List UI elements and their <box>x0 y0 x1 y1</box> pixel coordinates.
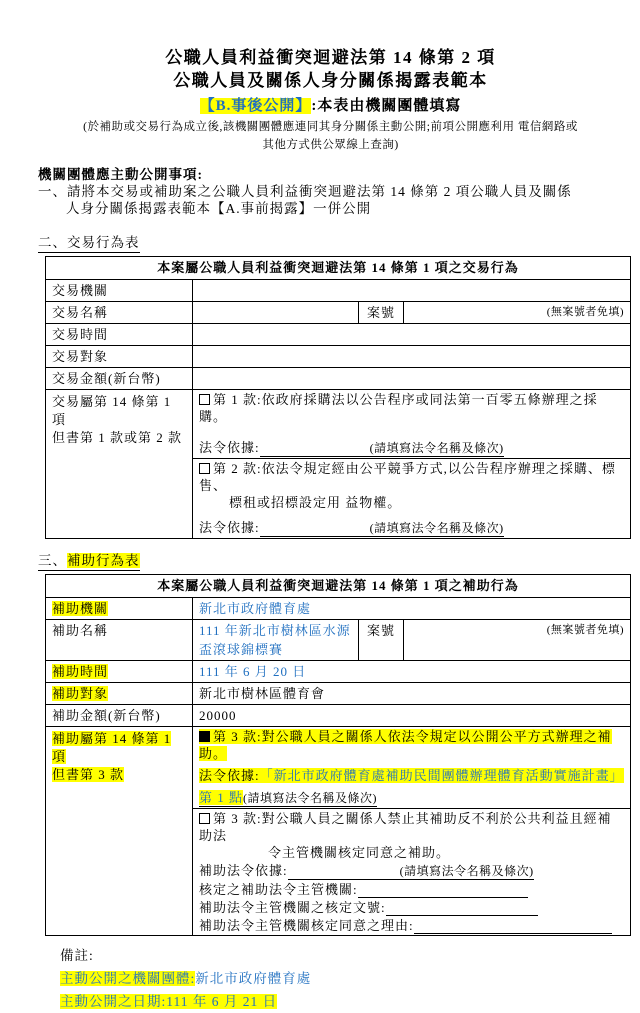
clause1-law-label: 法令依據: <box>199 440 260 455</box>
transaction-agency-label: 交易機關 <box>46 280 193 302</box>
instruction-item-1-cont: 人身分關係揭露表範本【A.事前揭露】一併公開 <box>38 200 623 217</box>
subsidy-amount-value: 20000 <box>193 705 631 727</box>
clause3-law-label: 法令依據: <box>199 768 260 783</box>
clause1-law-hint: (請填寫法令名稱及條次) <box>370 441 504 455</box>
blank-line <box>386 899 538 916</box>
subtitle-text: :本表由機關團體填寫 <box>311 98 461 114</box>
table-row: 補助名稱 111 年新北市樹林區水源盃滾球錦標賽 案號 (無案號者免填) <box>46 620 631 661</box>
table-row: 補助屬第 14 條第 1 項 但書第 3 款 第 3 款:對公職人員之關係人依法… <box>46 727 631 809</box>
transaction-time-value <box>193 324 631 346</box>
sub-law-hint: (請填寫法令名稱及條次) <box>400 864 534 878</box>
subsidy-clause3-unchecked-cell: 第 3 款:對公職人員之關係人禁止其補助反不利於公共利益且經補助法 令主管機關核… <box>193 809 631 936</box>
doc-title-line2: 公職人員及關係人身分關係揭露表範本 <box>38 69 623 92</box>
transaction-case-no-hint: (無案號者免填) <box>404 302 631 324</box>
blank-underline <box>358 881 528 894</box>
subsidy-clause3-checked-cell: 第 3 款:對公職人員之關係人依法令規定以公開公平方式辦理之補助。 法令依據:「… <box>193 727 631 809</box>
table-row: 交易屬第 14 條第 1 項 但書第 1 款或第 2 款 第 1 款:依政府採購… <box>46 390 631 459</box>
approval-reason-label: 補助法令主管機關核定同意之理由: <box>199 918 414 933</box>
table-row: 本案屬公職人員利益衝突迴避法第 14 條第 1 項之補助行為 <box>46 575 631 598</box>
transaction-clause2-cell: 第 2 款:依法令規定經由公平競爭方式,以公告程序辦理之採購、標售、 標租或招標… <box>193 459 631 539</box>
section2-marker: 二、 <box>38 235 67 250</box>
checkbox-unchecked-icon <box>199 813 210 824</box>
transaction-amount-label: 交易金額(新台幣) <box>46 368 193 390</box>
approval-doc-label: 補助法令主管機關之核定文號: <box>199 900 386 915</box>
section3-heading: 三、補助行為表 <box>38 552 623 571</box>
disclosure-date-value: 111 年 6 月 21 日 <box>166 994 277 1009</box>
item1-marker: 一、 <box>38 183 67 200</box>
footer-notes: 備註: 主動公開之機關團體:新北市政府體育處 主動公開之日期:111 年 6 月… <box>60 944 623 1013</box>
table-row: 補助機關 新北市政府體育處 <box>46 598 631 620</box>
disclosing-org-label: 主動公開之機關團體: <box>60 971 195 986</box>
table-row: 補助對象 新北市樹林區體育會 <box>46 683 631 705</box>
section3-title: 補助行為表 <box>67 553 140 568</box>
document-page: 公職人員利益衝突迴避法第 14 條第 2 項 公職人員及關係人身分關係揭露表範本… <box>0 0 640 908</box>
subsidy-name-value: 111 年新北市樹林區水源盃滾球錦標賽 <box>193 620 359 661</box>
subsidy-time-label: 補助時間 <box>46 661 193 683</box>
table-row: 交易時間 <box>46 324 631 346</box>
item1-line1: 請將本交易或補助案之公職人員利益衝突迴避法第 14 條第 2 項公職人員及關係 <box>67 183 572 200</box>
doc-note-line1: (於補助或交易行為成立後,該機關團體應連同其身分關係主動公開;前項公開應利用 電… <box>38 120 623 135</box>
instruction-item-1: 一、請將本交易或補助案之公職人員利益衝突迴避法第 14 條第 2 項公職人員及關… <box>38 183 623 200</box>
subsidy-agency-value: 新北市政府體育處 <box>193 598 631 620</box>
blank-underline <box>386 899 538 912</box>
disclosure-date-line: 主動公開之日期:111 年 6 月 21 日 <box>60 990 623 1013</box>
checkbox-unchecked-icon <box>199 463 210 474</box>
subsidy-case-no-label: 案號 <box>359 620 404 661</box>
transaction-clause-label: 交易屬第 14 條第 1 項 但書第 1 款或第 2 款 <box>46 390 193 539</box>
blank-underline <box>288 862 400 875</box>
transaction-party-label: 交易對象 <box>46 346 193 368</box>
transaction-case-no-label: 案號 <box>359 302 404 324</box>
table-row: 補助時間 111 年 6 月 20 日 <box>46 661 631 683</box>
checkbox-checked-icon <box>199 731 210 742</box>
remark-label: 備註: <box>60 944 623 967</box>
subsidy-table-caption: 本案屬公職人員利益衝突迴避法第 14 條第 1 項之補助行為 <box>46 575 631 598</box>
blank-underline <box>414 917 612 930</box>
subsidy-amount-label: 補助金額(新台幣) <box>46 705 193 727</box>
disclosing-org-value: 新北市政府體育處 <box>195 971 311 986</box>
law-blank-line: (請填寫法令名稱及條次) <box>260 439 504 457</box>
subsidy-case-no-hint: (無案號者免填) <box>404 620 631 661</box>
section2-title: 交易行為表 <box>67 235 140 250</box>
table-row: 交易機關 <box>46 280 631 302</box>
transaction-name-value <box>193 302 359 324</box>
blank-line <box>358 881 528 898</box>
subtitle-highlight-tag: 【B.事後公開】 <box>200 98 312 114</box>
transaction-agency-value <box>193 280 631 302</box>
law-filled-line: 第 1 點(請填寫法令名稱及條次) <box>199 790 377 807</box>
subsidy-time-value: 111 年 6 月 20 日 <box>193 661 631 683</box>
blank-underline <box>260 439 370 452</box>
table-row: 交易金額(新台幣) <box>46 368 631 390</box>
checkbox-unchecked-icon <box>199 394 210 405</box>
blank-line <box>414 917 612 934</box>
subsidy-table: 本案屬公職人員利益衝突迴避法第 14 條第 1 項之補助行為 補助機關 新北市政… <box>45 574 631 936</box>
table-row: 補助金額(新台幣) 20000 <box>46 705 631 727</box>
transaction-table: 本案屬公職人員利益衝突迴避法第 14 條第 1 項之交易行為 交易機關 交易名稱… <box>45 256 631 539</box>
transaction-table-caption: 本案屬公職人員利益衝突迴避法第 14 條第 1 項之交易行為 <box>46 257 631 280</box>
disclosure-date-label: 主動公開之日期: <box>60 994 166 1009</box>
law-blank-line: (請填寫法令名稱及條次) <box>288 862 534 880</box>
clause1-text: 第 1 款:依政府採購法以公告程序或同法第一百零五條辦理之採購。 <box>199 392 598 424</box>
doc-title-line1: 公職人員利益衝突迴避法第 14 條第 2 項 <box>38 46 623 69</box>
table-row: 本案屬公職人員利益衝突迴避法第 14 條第 1 項之交易行為 <box>46 257 631 280</box>
table-row: 交易名稱 案號 (無案號者免填) <box>46 302 631 324</box>
disclosure-heading: 機關團體應主動公開事項: <box>38 166 623 183</box>
law-blank-line: (請填寫法令名稱及條次) <box>260 519 504 537</box>
doc-subtitle: 【B.事後公開】:本表由機關團體填寫 <box>38 95 623 117</box>
transaction-amount-value <box>193 368 631 390</box>
clause3b-text-line1: 第 3 款:對公職人員之關係人禁止其補助反不利於公共利益且經補助法 <box>199 811 612 843</box>
clause2-law-label: 法令依據: <box>199 520 260 535</box>
clause3-law-point: 第 1 點 <box>199 790 243 805</box>
clause3b-text-line2: 令主管機關核定同意之補助。 <box>199 844 624 861</box>
subsidy-agency-label: 補助機關 <box>46 598 193 620</box>
transaction-party-value <box>193 346 631 368</box>
doc-note-line2: 其他方式供公眾線上查詢) <box>38 138 623 153</box>
sub-law-label: 補助法令依據: <box>199 863 288 878</box>
clause3-law-value: 「新北市政府體育處補助民間團體辦理體育活動實施計畫」 <box>260 768 624 783</box>
subsidy-clause-label: 補助屬第 14 條第 1 項 但書第 3 款 <box>46 727 193 936</box>
section2-heading: 二、交易行為表 <box>38 234 623 253</box>
transaction-name-label: 交易名稱 <box>46 302 193 324</box>
clause2-text-line2: 標租或招標設定用 益物權。 <box>199 494 624 511</box>
transaction-clause1-cell: 第 1 款:依政府採購法以公告程序或同法第一百零五條辦理之採購。 法令依據:(請… <box>193 390 631 459</box>
table-row: 交易對象 <box>46 346 631 368</box>
blank-underline <box>260 519 370 532</box>
approving-agency-label: 核定之補助法令主管機關: <box>199 882 358 897</box>
section3-marker: 三、 <box>38 553 67 568</box>
disclosing-org-line: 主動公開之機關團體:新北市政府體育處 <box>60 967 623 990</box>
subsidy-target-value: 新北市樹林區體育會 <box>193 683 631 705</box>
clause2-text-line1: 第 2 款:依法令規定經由公平競爭方式,以公告程序辦理之採購、標售、 <box>199 461 616 493</box>
clause2-law-hint: (請填寫法令名稱及條次) <box>370 521 504 535</box>
transaction-time-label: 交易時間 <box>46 324 193 346</box>
clause3-checked-text: 第 3 款:對公職人員之關係人依法令規定以公開公平方式辦理之補助。 <box>199 729 612 761</box>
subsidy-target-label: 補助對象 <box>46 683 193 705</box>
clause3-law-hint: (請填寫法令名稱及條次) <box>243 791 377 805</box>
subsidy-name-label: 補助名稱 <box>46 620 193 661</box>
